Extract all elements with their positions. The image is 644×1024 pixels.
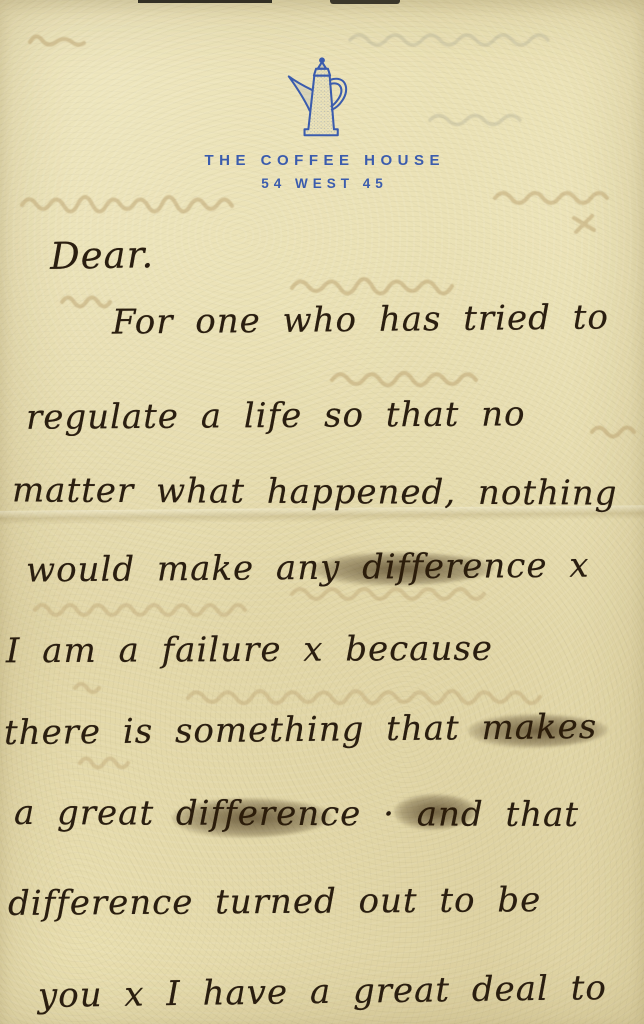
letterhead: THE COFFEE HOUSE 54 WEST 45 <box>0 56 644 191</box>
handwritten-line-4: matter what happened, nothing <box>12 470 618 513</box>
handwritten-line-6: I am a failure x because <box>6 629 493 672</box>
handwritten-line-salutation: Dear. <box>50 233 155 278</box>
letter-page: THE COFFEE HOUSE 54 WEST 45 Dear. For on… <box>0 0 644 1024</box>
handwritten-line-8: a great difference · and that <box>14 793 579 835</box>
handwritten-line-5: would make any difference x <box>26 546 590 591</box>
handwritten-line-3: regulate a life so that no <box>26 394 526 437</box>
letterhead-address: 54 WEST 45 <box>256 176 388 191</box>
handwritten-line-7: there is something that makes <box>4 707 598 753</box>
handwritten-line-10: you x I have a great deal to <box>38 968 607 1016</box>
handwritten-line-2: For one who has tried to <box>112 297 609 342</box>
letterhead-name: THE COFFEE HOUSE <box>199 152 445 169</box>
coffee-pot-icon <box>279 56 365 148</box>
handwritten-line-9: difference turned out to be <box>8 880 542 924</box>
